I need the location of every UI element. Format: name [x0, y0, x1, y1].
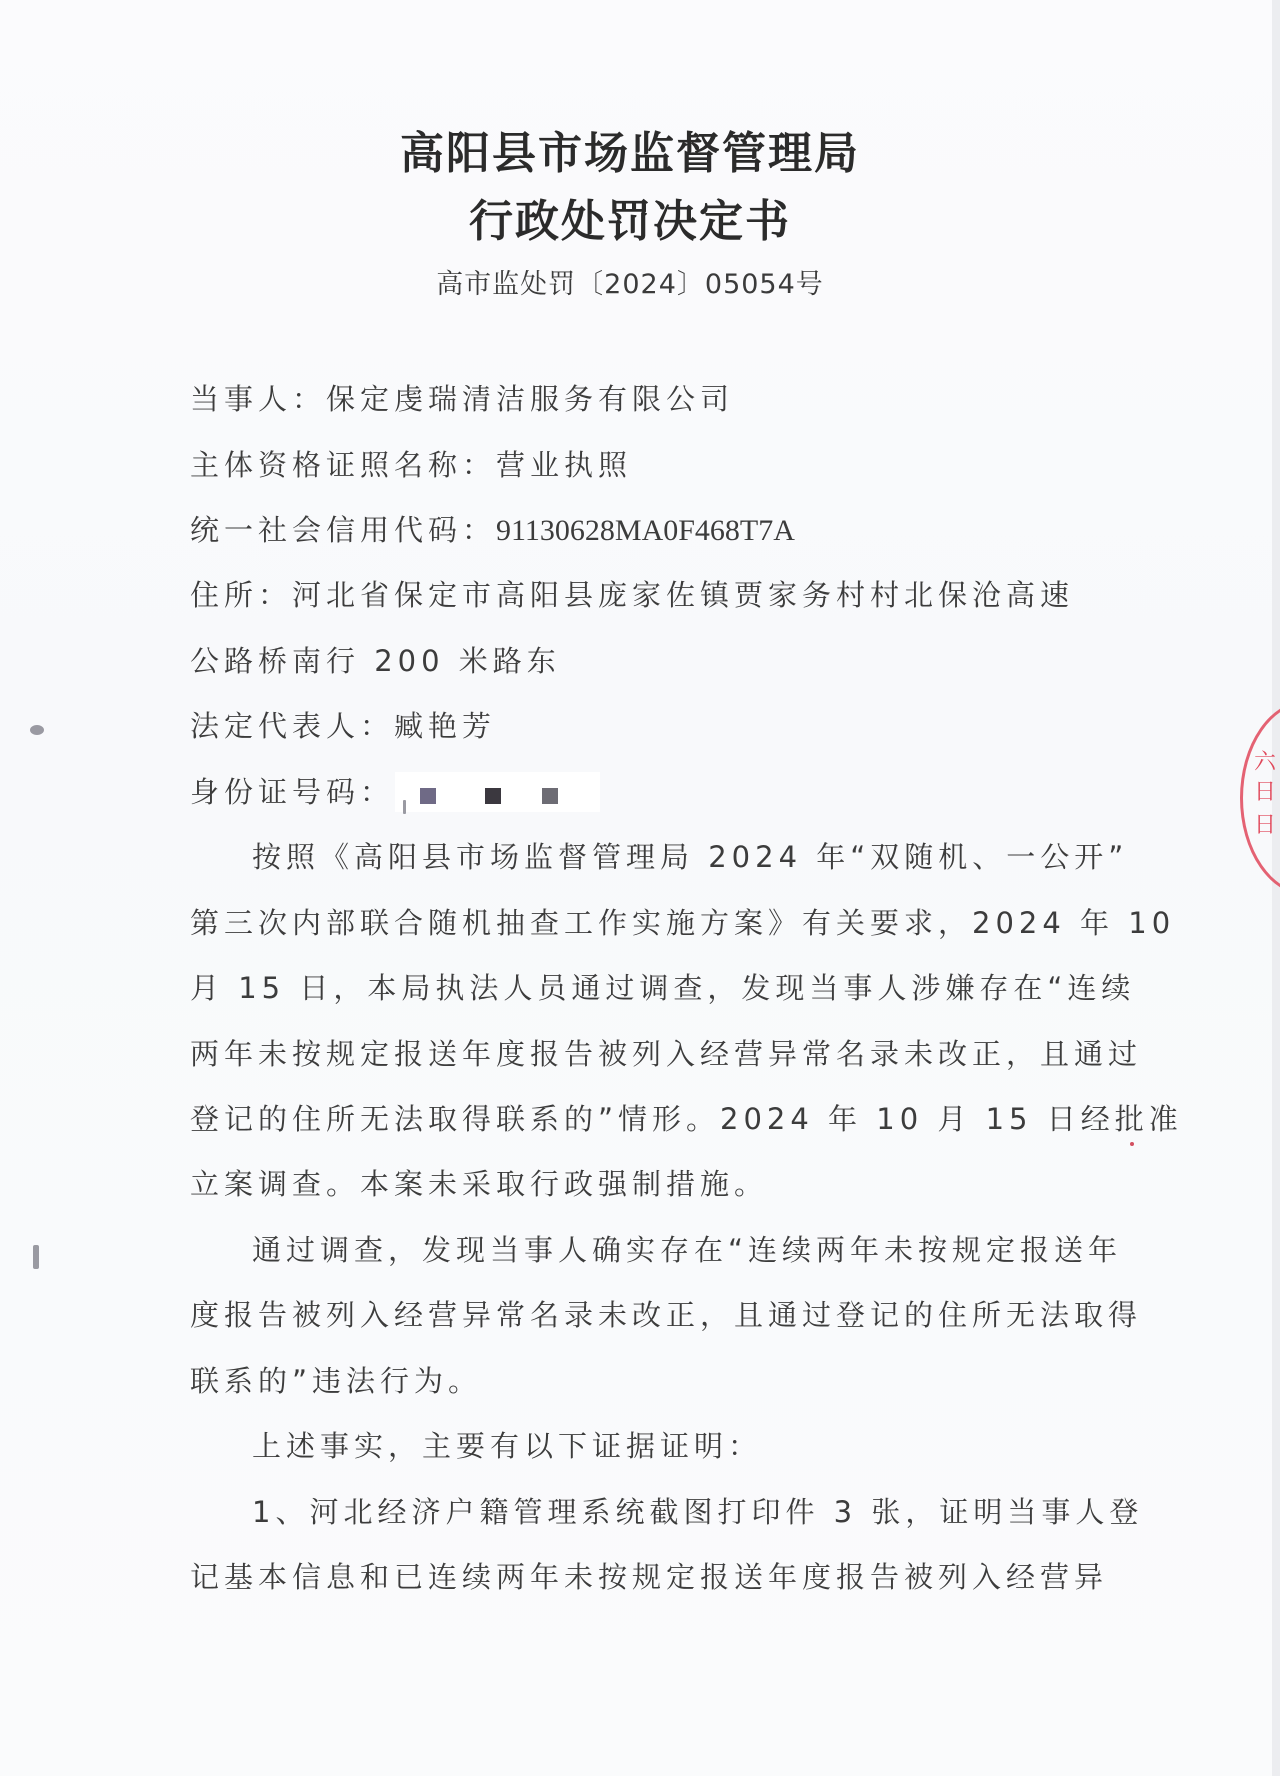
scan-speck — [1130, 1142, 1134, 1146]
legal-rep-label: 法定代表人： — [190, 709, 394, 743]
address-line-2: 公路桥南行 200 米路东 — [190, 641, 561, 681]
paragraph-1-line-4: 两年未按规定报送年度报告被列入经营异常名录未改正，且通过 — [190, 1034, 1142, 1074]
redaction-pixel — [485, 788, 501, 804]
paragraph-1-line-6: 立案调查。本案未采取行政强制措施。 — [190, 1164, 768, 1204]
credit-code-label: 统一社会信用代码： — [190, 513, 496, 547]
document-page: 高阳县市场监督管理局 行政处罚决定书 高市监处罚〔2024〕05054号 当事人… — [0, 0, 1280, 1776]
seal-char: 日 — [1254, 775, 1276, 806]
license-type: 营业执照 — [496, 448, 632, 482]
license-type-row: 主体资格证照名称：营业执照 — [190, 445, 632, 485]
document-title-line-1: 高阳县市场监督管理局 — [0, 122, 1260, 186]
scan-speck — [30, 725, 44, 735]
document-title-line-2: 行政处罚决定书 — [0, 190, 1260, 254]
paragraph-1-line-2: 第三次内部联合随机抽查工作实施方案》有关要求，2024 年 10 — [190, 903, 1175, 943]
paragraph-1-line-1: 按照《高阳县市场监督管理局 2024 年“双随机、一公开” — [252, 837, 1128, 877]
license-type-label: 主体资格证照名称： — [190, 448, 496, 482]
id-redaction — [395, 772, 600, 812]
paragraph-2-line-1: 通过调查，发现当事人确实存在“连续两年未按规定报送年 — [252, 1230, 1122, 1270]
party-name-row: 当事人：保定虔瑞清洁服务有限公司 — [190, 379, 734, 419]
evidence-1-line-2: 记基本信息和已连续两年未按规定报送年度报告被列入经营异 — [190, 1557, 1108, 1597]
seal-char: 六 — [1254, 745, 1276, 776]
party-name-label: 当事人： — [190, 382, 326, 416]
scan-speck — [33, 1245, 39, 1269]
address-label: 住所： — [190, 578, 292, 612]
id-number-row: 身份证号码：13 — [190, 772, 710, 813]
redaction-pixel — [542, 788, 558, 804]
legal-rep: 臧艳芳 — [394, 709, 496, 743]
document-number: 高市监处罚〔2024〕05054号 — [0, 262, 1260, 301]
paragraph-3-line-1: 上述事实，主要有以下证据证明： — [252, 1426, 762, 1466]
paragraph-2-line-3: 联系的”违法行为。 — [190, 1361, 482, 1401]
redaction-pixel — [420, 788, 436, 804]
scan-speck — [403, 800, 406, 814]
credit-code: 91130628MA0F468T7A — [496, 514, 795, 547]
evidence-1-line-1: 1、河北经济户籍管理系统截图打印件 3 张，证明当事人登 — [252, 1492, 1143, 1532]
party-name: 保定虔瑞清洁服务有限公司 — [326, 382, 734, 416]
seal-char: 日 — [1254, 808, 1276, 839]
paragraph-1-line-5: 登记的住所无法取得联系的”情形。2024 年 10 月 15 日经批准 — [190, 1099, 1183, 1139]
paragraph-2-line-2: 度报告被列入经营异常名录未改正，且通过登记的住所无法取得 — [190, 1295, 1142, 1335]
page-edge — [1272, 0, 1280, 1776]
paragraph-1-line-3: 月 15 日，本局执法人员通过调查，发现当事人涉嫌存在“连续 — [190, 968, 1135, 1008]
credit-code-row: 统一社会信用代码：91130628MA0F468T7A — [190, 510, 795, 551]
legal-rep-row: 法定代表人：臧艳芳 — [190, 706, 496, 746]
address-line-1: 河北省保定市高阳县庞家佐镇贾家务村村北保沧高速 — [292, 578, 1074, 612]
address-row: 住所：河北省保定市高阳县庞家佐镇贾家务村村北保沧高速 — [190, 575, 1074, 615]
id-label: 身份证号码： — [190, 775, 394, 809]
